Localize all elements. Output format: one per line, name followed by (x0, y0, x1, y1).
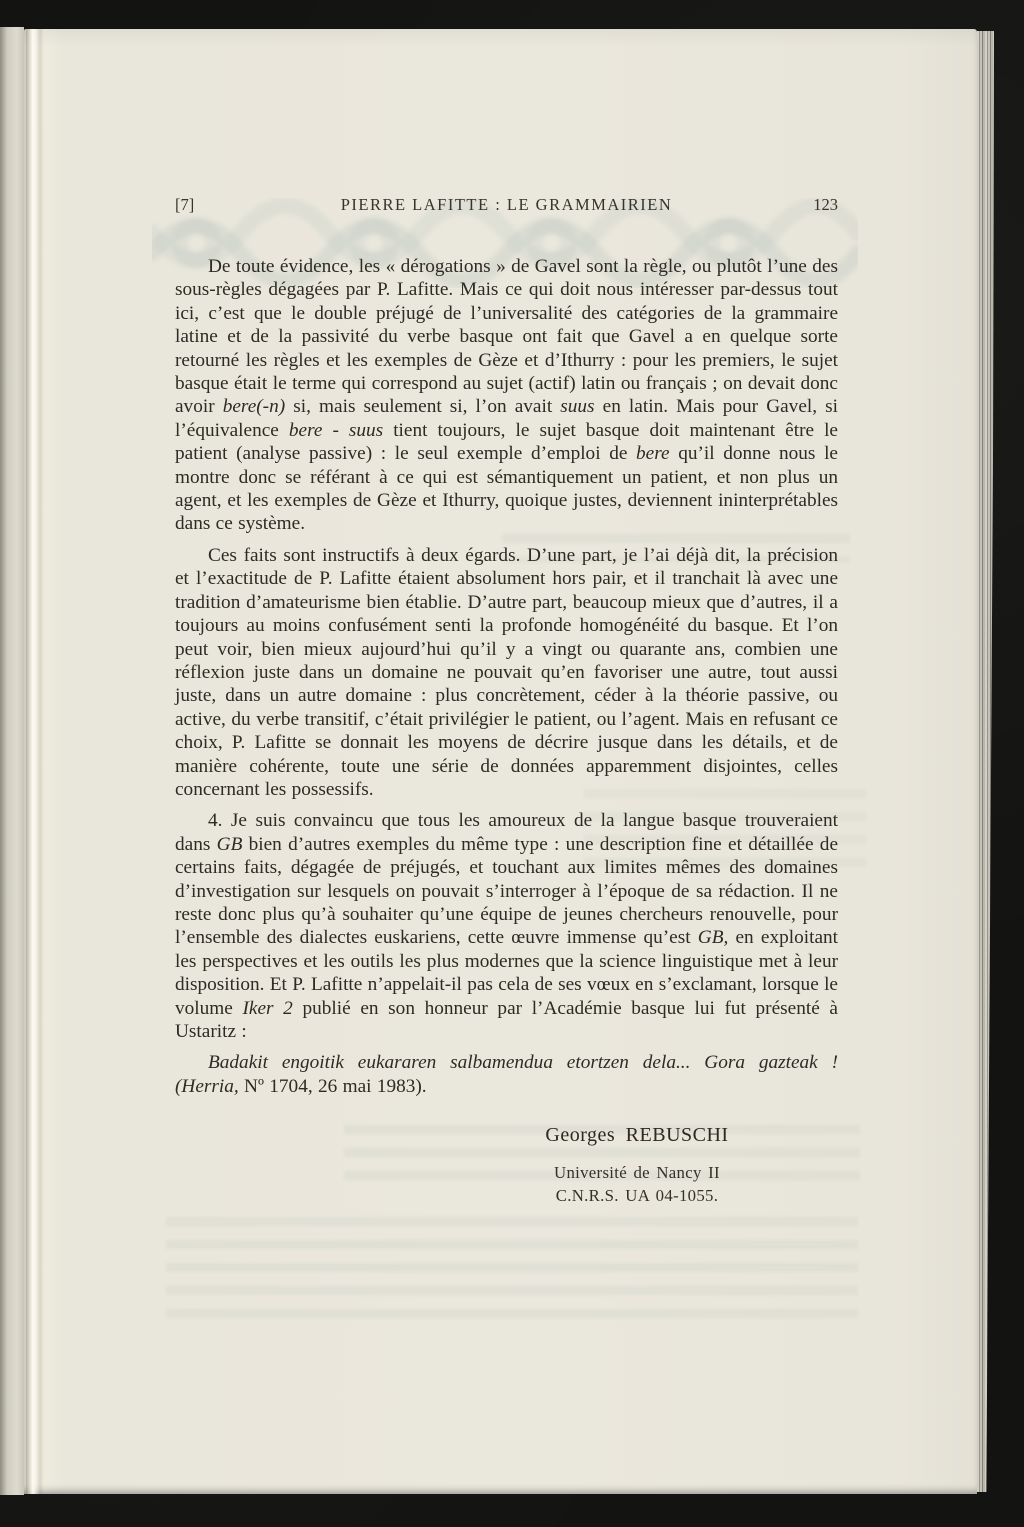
text-bleedthrough (166, 1217, 858, 1329)
basque-quote: Badakit engoitik eukararen salbamendua e… (175, 1051, 838, 1098)
author-affiliation: Université de Nancy II C.N.R.S. UA 04-10… (485, 1161, 789, 1207)
body-paragraph-2: Ces faits sont instructifs à deux égards… (175, 544, 838, 801)
body-paragraph-3: 4. Je suis convaincu que tous les amoure… (175, 809, 838, 1043)
author-block: Georges REBUSCHI Université de Nancy II … (485, 1124, 789, 1207)
affiliation-line-2: C.N.R.S. UA 04-1055. (485, 1184, 789, 1207)
page-edge-stack (977, 31, 994, 1492)
text-column: [7] PIERRE LAFITTE : LE GRAMMAIRIEN 123 … (175, 29, 838, 1207)
gutter-crease (26, 29, 44, 1494)
affiliation-line-1: Université de Nancy II (485, 1161, 789, 1184)
author-signature: Georges REBUSCHI (485, 1124, 789, 1147)
page-number: 123 (768, 195, 838, 215)
page-header: [7] PIERRE LAFITTE : LE GRAMMAIRIEN 123 (175, 195, 838, 215)
body-paragraph-1: De toute évidence, les « dérogations » d… (175, 255, 838, 536)
facing-page-edge (0, 27, 24, 1495)
running-title: PIERRE LAFITTE : LE GRAMMAIRIEN (245, 195, 768, 215)
section-marker: [7] (175, 195, 245, 215)
book-page: [7] PIERRE LAFITTE : LE GRAMMAIRIEN 123 … (24, 29, 977, 1494)
